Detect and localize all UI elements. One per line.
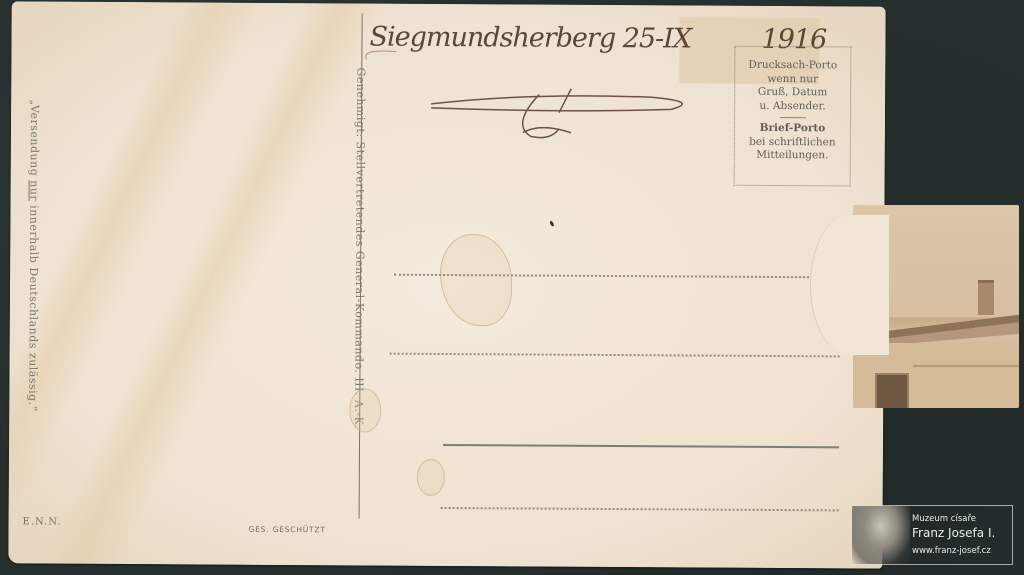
postage-line: Gruß, Datum — [735, 86, 850, 100]
postage-line: bei schriftlichen — [735, 135, 850, 149]
postage-line: Drucksach-Porto — [735, 59, 850, 73]
chimney — [978, 280, 994, 315]
window — [875, 373, 909, 408]
wall-ledge — [913, 365, 1019, 367]
postage-line: Brief-Porto — [735, 122, 850, 136]
watermark-url: www.franz-josef.cz — [912, 546, 991, 556]
postage-info-box: Drucksach-Porto wenn nur Gruß, Datum u. … — [734, 46, 852, 187]
postage-line: Mitteilungen. — [735, 149, 850, 163]
postage-separator — [780, 117, 806, 118]
water-stain — [349, 388, 381, 432]
postage-line: wenn nur — [735, 72, 850, 86]
water-stain — [417, 459, 445, 496]
watermark-line-2: Franz Josefa I. — [912, 526, 995, 540]
postcard-back: „Versendung nur innerhalb Deutschlands z… — [8, 1, 885, 568]
postage-line: u. Absender. — [735, 99, 850, 113]
emperor-portrait-icon — [852, 506, 910, 564]
watermark-line-1: Muzeum císaře — [912, 514, 976, 524]
museum-watermark: Muzeum císaře Franz Josefa I. www.franz-… — [851, 505, 1013, 565]
photo-slot-cutout — [810, 215, 889, 355]
